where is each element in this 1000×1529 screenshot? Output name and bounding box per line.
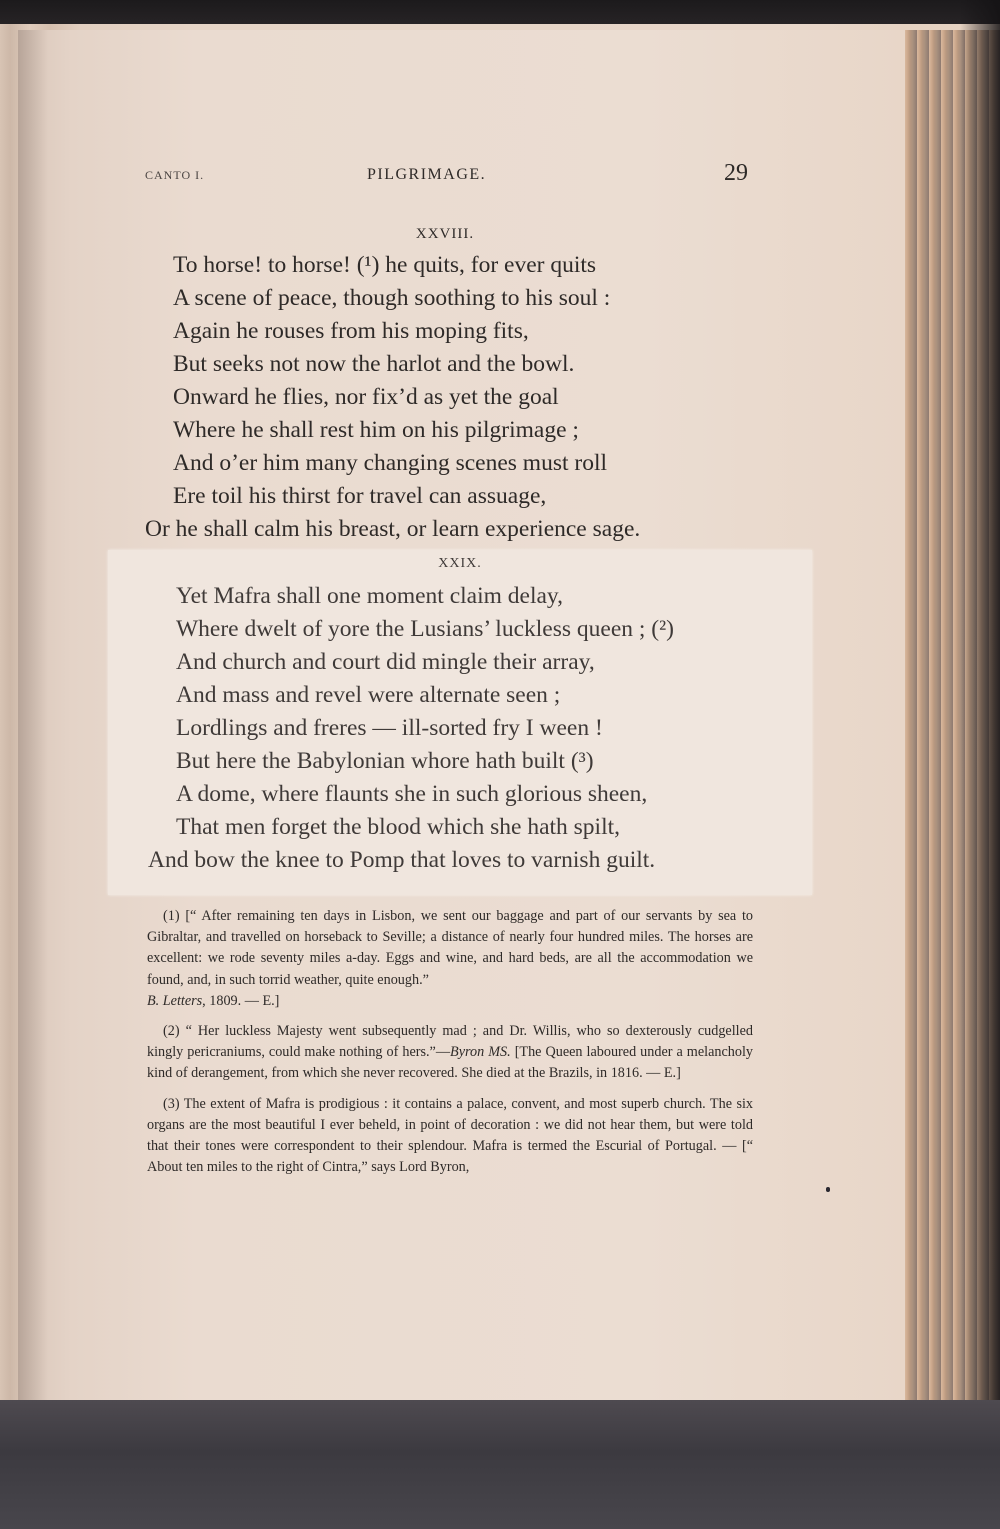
footnote-marker: (2) — [147, 1023, 180, 1039]
verse-alexandrine: Or he shall calm his breast, or learn ex… — [145, 513, 785, 546]
page-number: 29 — [724, 160, 748, 187]
footnote-2: (2) “ Her luckless Majesty went subseque… — [147, 1021, 753, 1085]
stanza-number: XXIX. — [420, 556, 500, 572]
footnote-source: Byron MS. — [450, 1044, 511, 1060]
footnote-marker: (1) — [147, 908, 180, 924]
verse-line: But here the Babylonian whore hath built… — [148, 745, 788, 778]
verse-line: Lordlings and freres — ill-sorted fry I … — [148, 712, 788, 745]
page-gutter — [18, 30, 48, 1402]
verse-line: A dome, where flaunts she in such glorio… — [148, 778, 788, 811]
verse-line: A scene of peace, though soothing to his… — [145, 282, 785, 315]
verse-alexandrine: And bow the knee to Pomp that loves to v… — [148, 844, 788, 877]
verse-line: That men forget the blood which she hath… — [148, 811, 788, 844]
running-head: CANTO I. PILGRIMAGE. 29 — [145, 160, 750, 190]
verse-line: Where he shall rest him on his pilgrimag… — [145, 414, 785, 447]
stanza-xxviii: To horse! to horse! (¹) he quits, for ev… — [145, 249, 785, 546]
footnote-marker: (3) — [147, 1096, 180, 1112]
running-title: PILGRIMAGE. — [367, 166, 486, 184]
verse-line: And o’er him many changing scenes must r… — [145, 447, 785, 480]
verse-line: Ere toil his thirst for travel can assua… — [145, 480, 785, 513]
verse-line: And mass and revel were alternate seen ; — [148, 679, 788, 712]
canto-label: CANTO I. — [145, 168, 204, 183]
verse-line: Where dwelt of yore the Lusians’ luckles… — [148, 613, 788, 646]
verse-line: Onward he flies, nor fix’d as yet the go… — [145, 381, 785, 414]
scan-bottom-shadow — [0, 1400, 1000, 1529]
verse-line: But seeks not now the harlot and the bow… — [145, 348, 785, 381]
verse-line: Yet Mafra shall one moment claim delay, — [148, 580, 788, 613]
footnote-source: B. Letters — [147, 993, 202, 1009]
fore-edge-shadow — [960, 0, 1000, 1529]
footnote-source-tail: , 1809. — E.] — [202, 993, 279, 1009]
stanza-xxix: Yet Mafra shall one moment claim delay, … — [148, 580, 788, 877]
verse-line: To horse! to horse! (¹) he quits, for ev… — [145, 249, 785, 282]
footnote-3: (3) The extent of Mafra is prodigious : … — [147, 1094, 753, 1179]
verse-line: And church and court did mingle their ar… — [148, 646, 788, 679]
footnotes: (1) [“ After remaining ten days in Lisbo… — [147, 906, 753, 1187]
verse-line: Again he rouses from his moping fits, — [145, 315, 785, 348]
stanza-number: XXVIII. — [400, 226, 490, 243]
footnote-1: (1) [“ After remaining ten days in Lisbo… — [147, 906, 753, 1012]
paper-speck — [826, 1187, 830, 1192]
footnote-text: The extent of Mafra is prodigious : it c… — [147, 1096, 753, 1176]
footnote-text: [“ After remaining ten days in Lisbon, w… — [147, 908, 753, 988]
